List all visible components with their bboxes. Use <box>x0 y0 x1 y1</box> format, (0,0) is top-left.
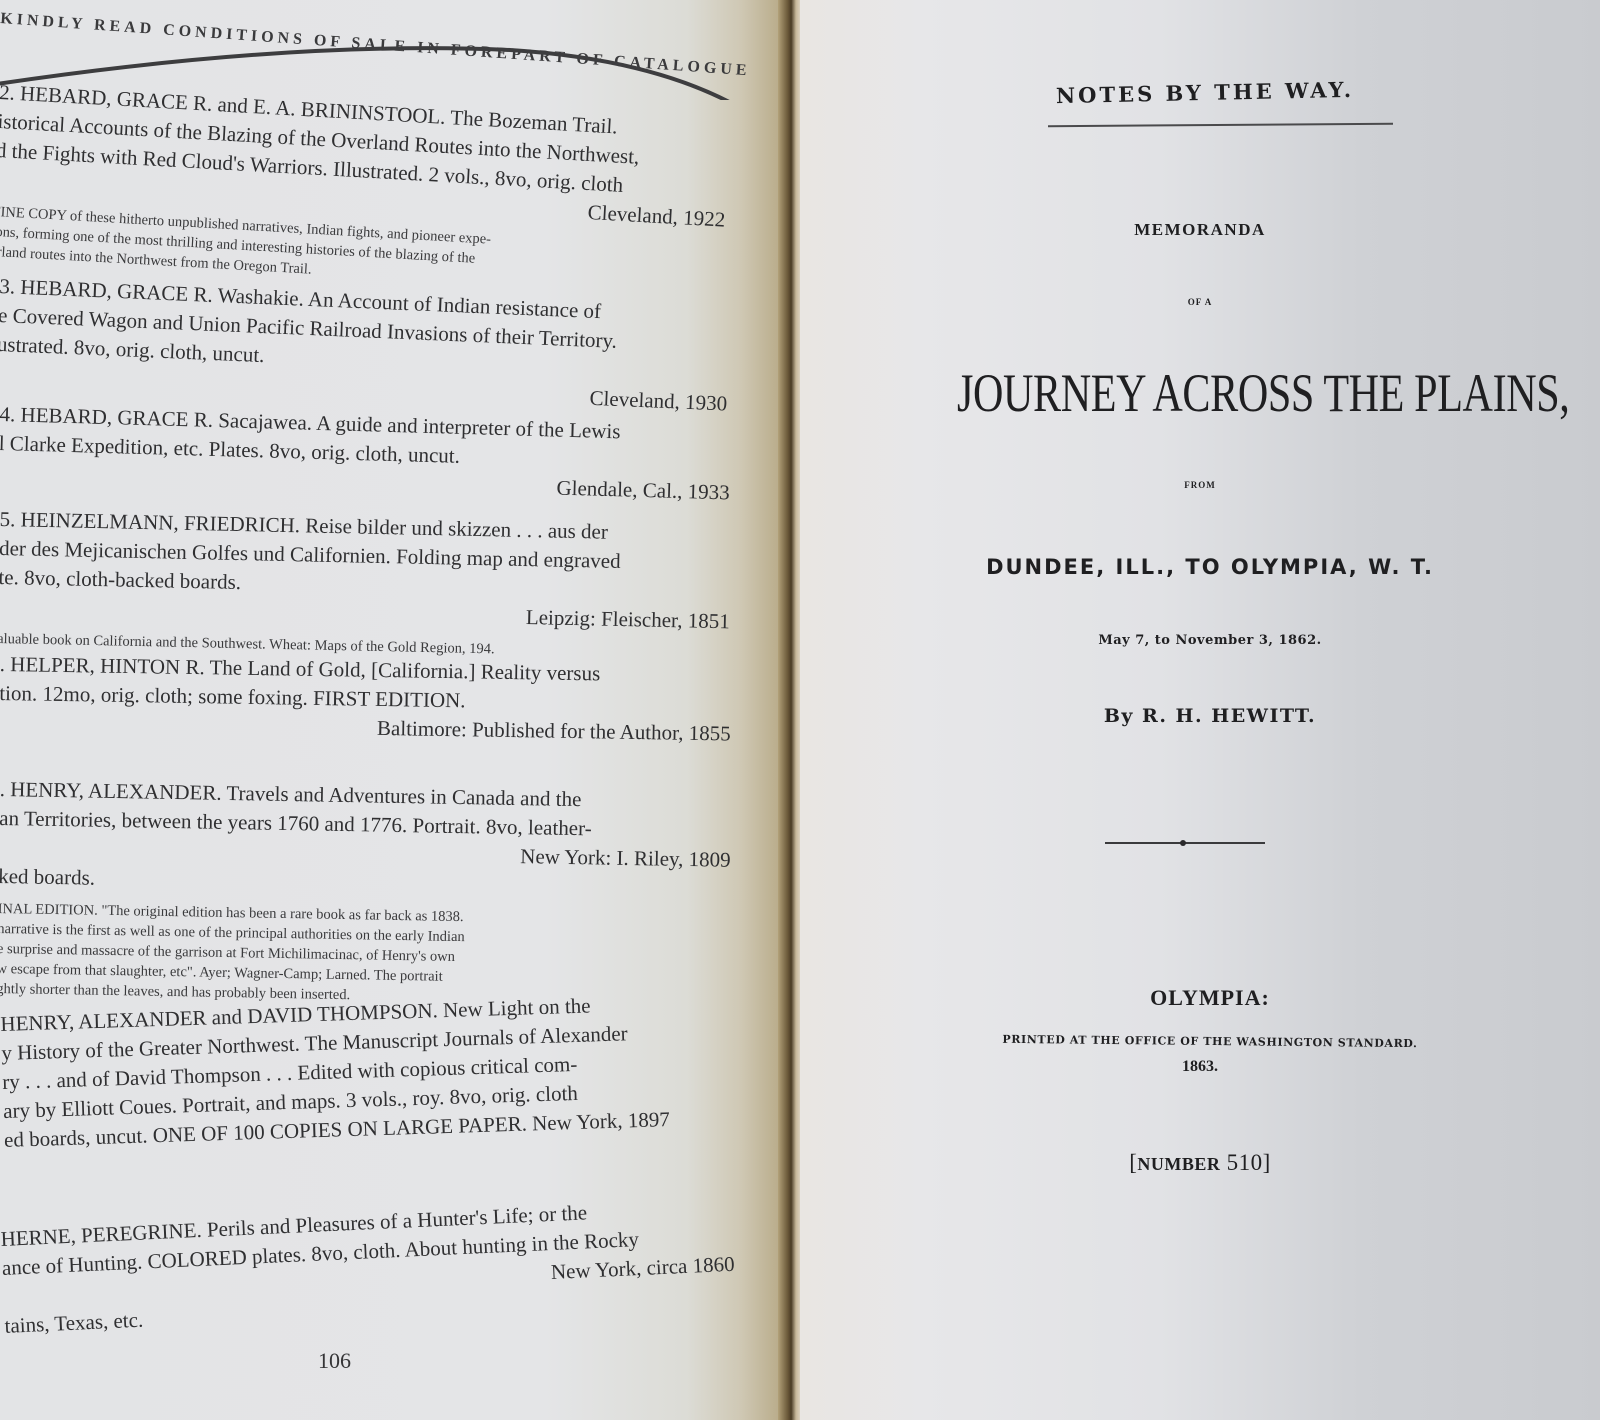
series-number: [NUMBER 510] <box>1000 1150 1400 1176</box>
series-number-label: NUMBER <box>1137 1154 1220 1174</box>
author-line: By R. H. HEWITT. <box>950 705 1470 727</box>
imprint-printer: PRINTED AT THE OFFICE OF THE WASHINGTON … <box>930 1032 1490 1051</box>
catalogue-entry: 5. HEINZELMANN, FRIEDRICH. Reise bilder … <box>0 505 740 664</box>
ornament-rule-icon <box>1105 840 1265 846</box>
catalogue-entry: 2. HEBARD, GRACE R. and E. A. BRININSTOO… <box>0 78 739 303</box>
of-a-label: OF A <box>1000 297 1400 307</box>
journey-dates: May 7, to November 3, 1862. <box>950 633 1470 648</box>
catalogue-entry: . HELPER, HINTON R. The Land of Gold, [C… <box>0 650 740 749</box>
open-book-spread: KINDLY READ CONDITIONS OF SALE IN FOREPA… <box>0 0 1600 1420</box>
series-header: NOTES BY THE WAY. <box>970 75 1440 110</box>
series-number-value: 510 <box>1227 1150 1263 1175</box>
page-number: 106 <box>318 1348 351 1374</box>
catalogue-entry: 4. HEBARD, GRACE R. Sacajawea. A guide a… <box>0 400 740 508</box>
left-catalogue-page: KINDLY READ CONDITIONS OF SALE IN FOREPA… <box>0 0 780 1420</box>
route-line: DUNDEE, ILL., TO OLYMPIA, W. T. <box>900 555 1520 579</box>
book-title: JOURNEY ACROSS THE PLAINS, <box>957 362 1503 424</box>
catalogue-entry: HERNE, PEREGRINE. Perils and Pleasures o… <box>0 1191 745 1340</box>
book-gutter <box>778 0 802 1420</box>
imprint-place: OLYMPIA: <box>950 985 1470 1011</box>
imprint-year: 1863. <box>1000 1058 1400 1076</box>
right-title-page: NOTES BY THE WAY. MEMORANDA OF A JOURNEY… <box>800 0 1600 1420</box>
from-label: FROM <box>1000 480 1400 490</box>
left-page-content: KINDLY READ CONDITIONS OF SALE IN FOREPA… <box>0 0 760 1420</box>
memoranda-label: MEMORANDA <box>1000 220 1400 240</box>
header-rule <box>1048 123 1393 127</box>
catalogue-entry: HENRY, ALEXANDER and DAVID THOMPSON. New… <box>0 987 744 1155</box>
catalogue-entry: . HENRY, ALEXANDER. Travels and Adventur… <box>0 775 740 1012</box>
